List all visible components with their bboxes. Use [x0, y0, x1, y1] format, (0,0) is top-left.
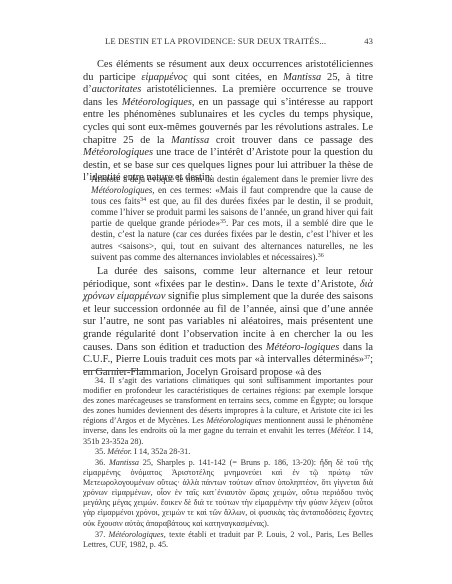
work-title: Mantissa [109, 458, 139, 467]
greek-term: εἱμαρμένος [141, 72, 187, 83]
paragraph-2: La durée des saisons, comme leur alterna… [83, 266, 373, 379]
running-title: LE DESTIN ET LA PROVIDENCE: SUR DEUX TRA… [105, 36, 326, 46]
page-number: 43 [364, 36, 373, 46]
text: La durée des saisons, comme leur alterna… [83, 266, 373, 290]
block-quote: Aristote a déjà évoqué le nom du destin … [91, 174, 373, 263]
work-title: Météorologiques [206, 416, 261, 425]
work-title: Météorologiques [91, 185, 152, 195]
text: croit trouver dans ce passage des [209, 135, 373, 146]
greek-quotation: ἤδη δὲ τοῦ τῆς εἱμαρμένης ὀνόματος Ἀριστ… [83, 458, 373, 528]
text: 25, Sharples p. 141-142 (= Bruns p. 186,… [139, 458, 320, 467]
work-title: Mantissa [283, 72, 321, 83]
text: Aristote a déjà évoqué le nom du destin … [91, 174, 373, 184]
work-title: Météor. [107, 447, 132, 456]
footnote-separator [83, 370, 147, 371]
latin-term: auctoritates [92, 84, 142, 95]
paragraph-1: Ces éléments se résument aux deux occurr… [83, 59, 373, 185]
footnote-ref[interactable]: 36 [318, 253, 324, 259]
footnote-34: 34. Il s’agit des variations climatiques… [83, 376, 373, 447]
footnote-35: 35. Météor. I 14, 352a 28-31. [83, 447, 373, 457]
footnote-36: 36. Mantissa 25, Sharples p. 141-142 (= … [83, 458, 373, 529]
work-title: Mantissa [171, 135, 209, 146]
work-title: Météorologiques [109, 530, 164, 539]
work-title: Météorologiques [83, 147, 153, 158]
footnote-37: 37. Météorologiques, texte établi et tra… [83, 530, 373, 550]
running-header: LE DESTIN ET LA PROVIDENCE: SUR DEUX TRA… [83, 36, 373, 48]
text: 36. [95, 458, 109, 467]
text: 35. [95, 447, 107, 456]
work-title: Météoro-logiques [266, 342, 340, 353]
text: 37. [95, 530, 109, 539]
text: qui sont citées, en [187, 72, 283, 83]
work-title: Météor. [330, 426, 355, 435]
text: I 14, 352a 28-31. [132, 447, 190, 456]
work-title: Météorologiques [122, 97, 192, 108]
